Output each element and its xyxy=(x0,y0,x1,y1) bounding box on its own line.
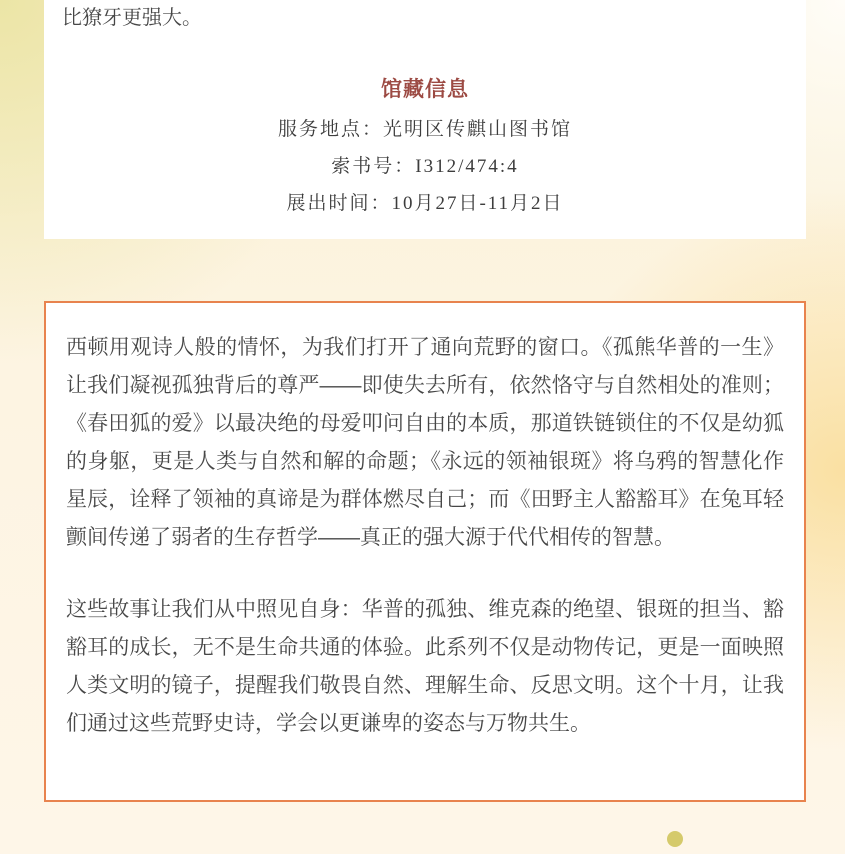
collection-info-title: 馆藏信息 xyxy=(62,78,788,102)
exhibit-time-line: 展出时间：10月27日-11月2日 xyxy=(62,192,788,216)
review-paragraph-1: 西顿用观诗人般的情怀，为我们打开了通向荒野的窗口。《孤熊华普的一生》让我们凝视孤… xyxy=(66,329,784,557)
service-location-line: 服务地点：光明区传麒山图书馆 xyxy=(62,118,788,142)
intro-line: 比獠牙更强大。 xyxy=(62,4,788,32)
decorative-dot xyxy=(667,831,683,847)
call-number-line: 索书号：I312/474:4 xyxy=(62,155,788,179)
book-review-card: 西顿用观诗人般的情怀，为我们打开了通向荒野的窗口。《孤熊华普的一生》让我们凝视孤… xyxy=(44,301,806,802)
review-paragraph-2: 这些故事让我们从中照见自身：华普的孤独、维克森的绝望、银斑的担当、豁豁耳的成长，… xyxy=(66,591,784,743)
collection-info-card: 比獠牙更强大。 馆藏信息 服务地点：光明区传麒山图书馆 索书号：I312/474… xyxy=(44,0,806,239)
